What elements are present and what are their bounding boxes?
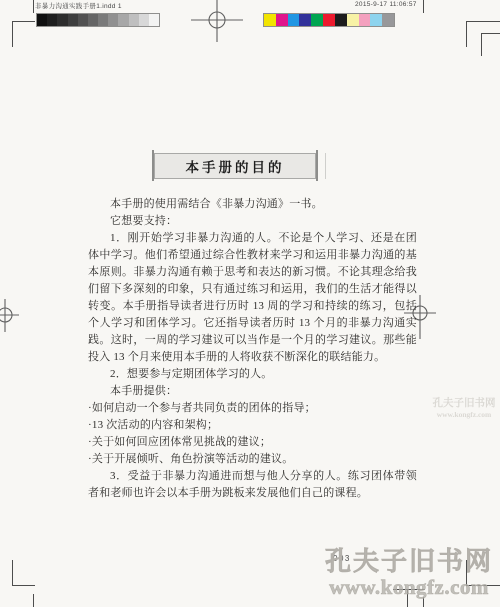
crop-mark	[423, 0, 424, 13]
color-segment	[347, 14, 359, 26]
crop-mark	[481, 33, 482, 56]
paragraph: 3．受益于非暴力沟通进而想与他人分享的人。练习团体带领者和老师也许会以本手册为跳…	[88, 468, 417, 502]
grayscale-bar	[36, 13, 160, 27]
crop-mark	[12, 585, 35, 586]
crop-mark	[407, 589, 408, 607]
crop-mark	[481, 33, 500, 34]
crop-mark	[466, 560, 467, 586]
registration-mark-icon	[191, 0, 243, 42]
grayscale-segment	[139, 14, 149, 26]
crop-mark	[466, 21, 467, 47]
title-box-tick	[316, 150, 318, 181]
grayscale-segment	[78, 14, 88, 26]
paragraph: 它想要支持：	[88, 213, 417, 230]
paragraph: ·13 次活动的内容和架构；	[88, 417, 417, 434]
grayscale-segment	[129, 14, 139, 26]
page-number: 003	[333, 554, 351, 563]
registration-mark-icon	[0, 299, 19, 333]
paragraph: 本手册的使用需结合《非暴力沟通》一书。	[88, 196, 417, 213]
grayscale-segment	[118, 14, 128, 26]
paragraph: 本手册提供：	[88, 383, 417, 400]
watermark-site-url: www.kongfz.com	[319, 576, 499, 599]
crop-mark	[393, 589, 425, 590]
print-filename: 非暴力沟通实践手册1.indd 1	[35, 1, 122, 10]
crop-mark	[33, 594, 34, 607]
watermark-site-url: www.kongfz.com	[429, 410, 499, 420]
color-bar	[263, 13, 395, 27]
watermark-middle: 孔夫子旧书网 www.kongfz.com	[429, 397, 499, 420]
color-segment	[370, 14, 382, 26]
grayscale-segment	[37, 14, 47, 26]
paragraph: ·关于如何回应团体常见挑战的建议；	[88, 434, 417, 451]
crop-mark	[12, 21, 35, 22]
crop-mark	[12, 21, 13, 47]
title-box: 本手册的目的	[154, 153, 316, 179]
grayscale-segment	[47, 14, 57, 26]
paragraph: ·如何启动一个参与者共同负责的团体的指导；	[88, 400, 417, 417]
paragraph: 2．想要参与定期团体学习的人。	[88, 366, 417, 383]
paragraph: ·关于开展倾听、角色扮演等活动的建议。	[88, 451, 417, 468]
title-box-tick	[325, 153, 326, 179]
crop-mark	[33, 0, 34, 13]
grayscale-segment	[98, 14, 108, 26]
body-text: 本手册的使用需结合《非暴力沟通》一书。它想要支持：1．刚开始学习非暴力沟通的人。…	[88, 196, 417, 502]
paragraph: 1．刚开始学习非暴力沟通的人。不论是个人学习、还是在团体中学习。他们希望通过综合…	[88, 230, 417, 366]
color-segment	[276, 14, 288, 26]
color-segment	[264, 14, 276, 26]
crop-mark	[423, 597, 424, 607]
scanned-book-page: 非暴力沟通实践手册1.indd 1 2015-9-17 11:06:57 本手册…	[0, 0, 500, 607]
color-segment	[335, 14, 347, 26]
grayscale-segment	[108, 14, 118, 26]
color-segment	[311, 14, 323, 26]
crop-mark	[12, 560, 13, 586]
page-title: 本手册的目的	[186, 156, 285, 176]
color-segment	[323, 14, 335, 26]
watermark-site-name: 孔夫子旧书网	[429, 397, 499, 410]
grayscale-segment	[68, 14, 78, 26]
crop-mark	[466, 585, 500, 586]
color-segment	[299, 14, 311, 26]
grayscale-segment	[149, 14, 159, 26]
color-segment	[382, 14, 394, 26]
crop-mark	[466, 21, 500, 22]
print-timestamp: 2015-9-17 11:06:57	[355, 1, 417, 8]
grayscale-segment	[57, 14, 67, 26]
color-segment	[359, 14, 371, 26]
grayscale-segment	[88, 14, 98, 26]
color-segment	[288, 14, 300, 26]
